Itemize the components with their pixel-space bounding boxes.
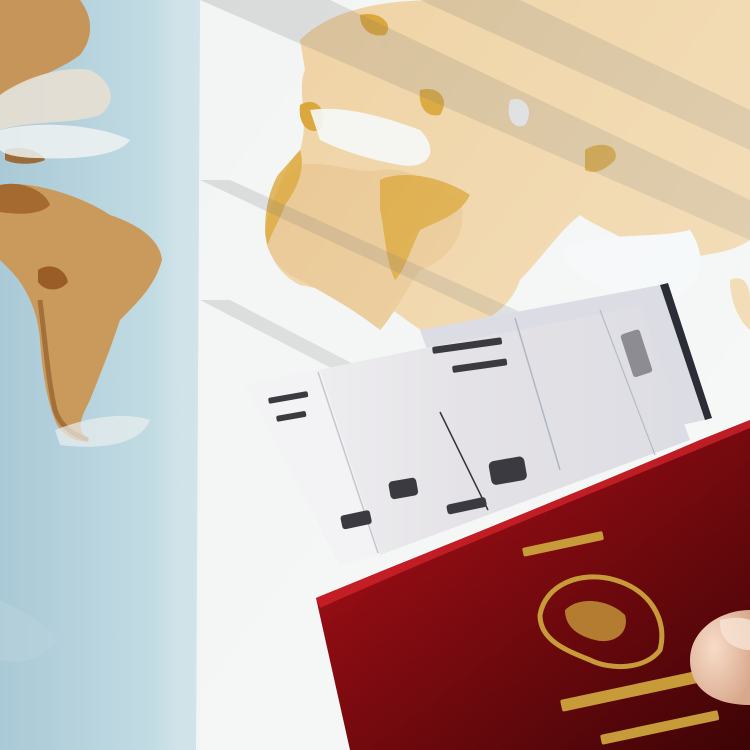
photo-scene [0, 0, 750, 750]
world-map-left-panel [0, 0, 200, 750]
scene-illustration [0, 0, 750, 750]
